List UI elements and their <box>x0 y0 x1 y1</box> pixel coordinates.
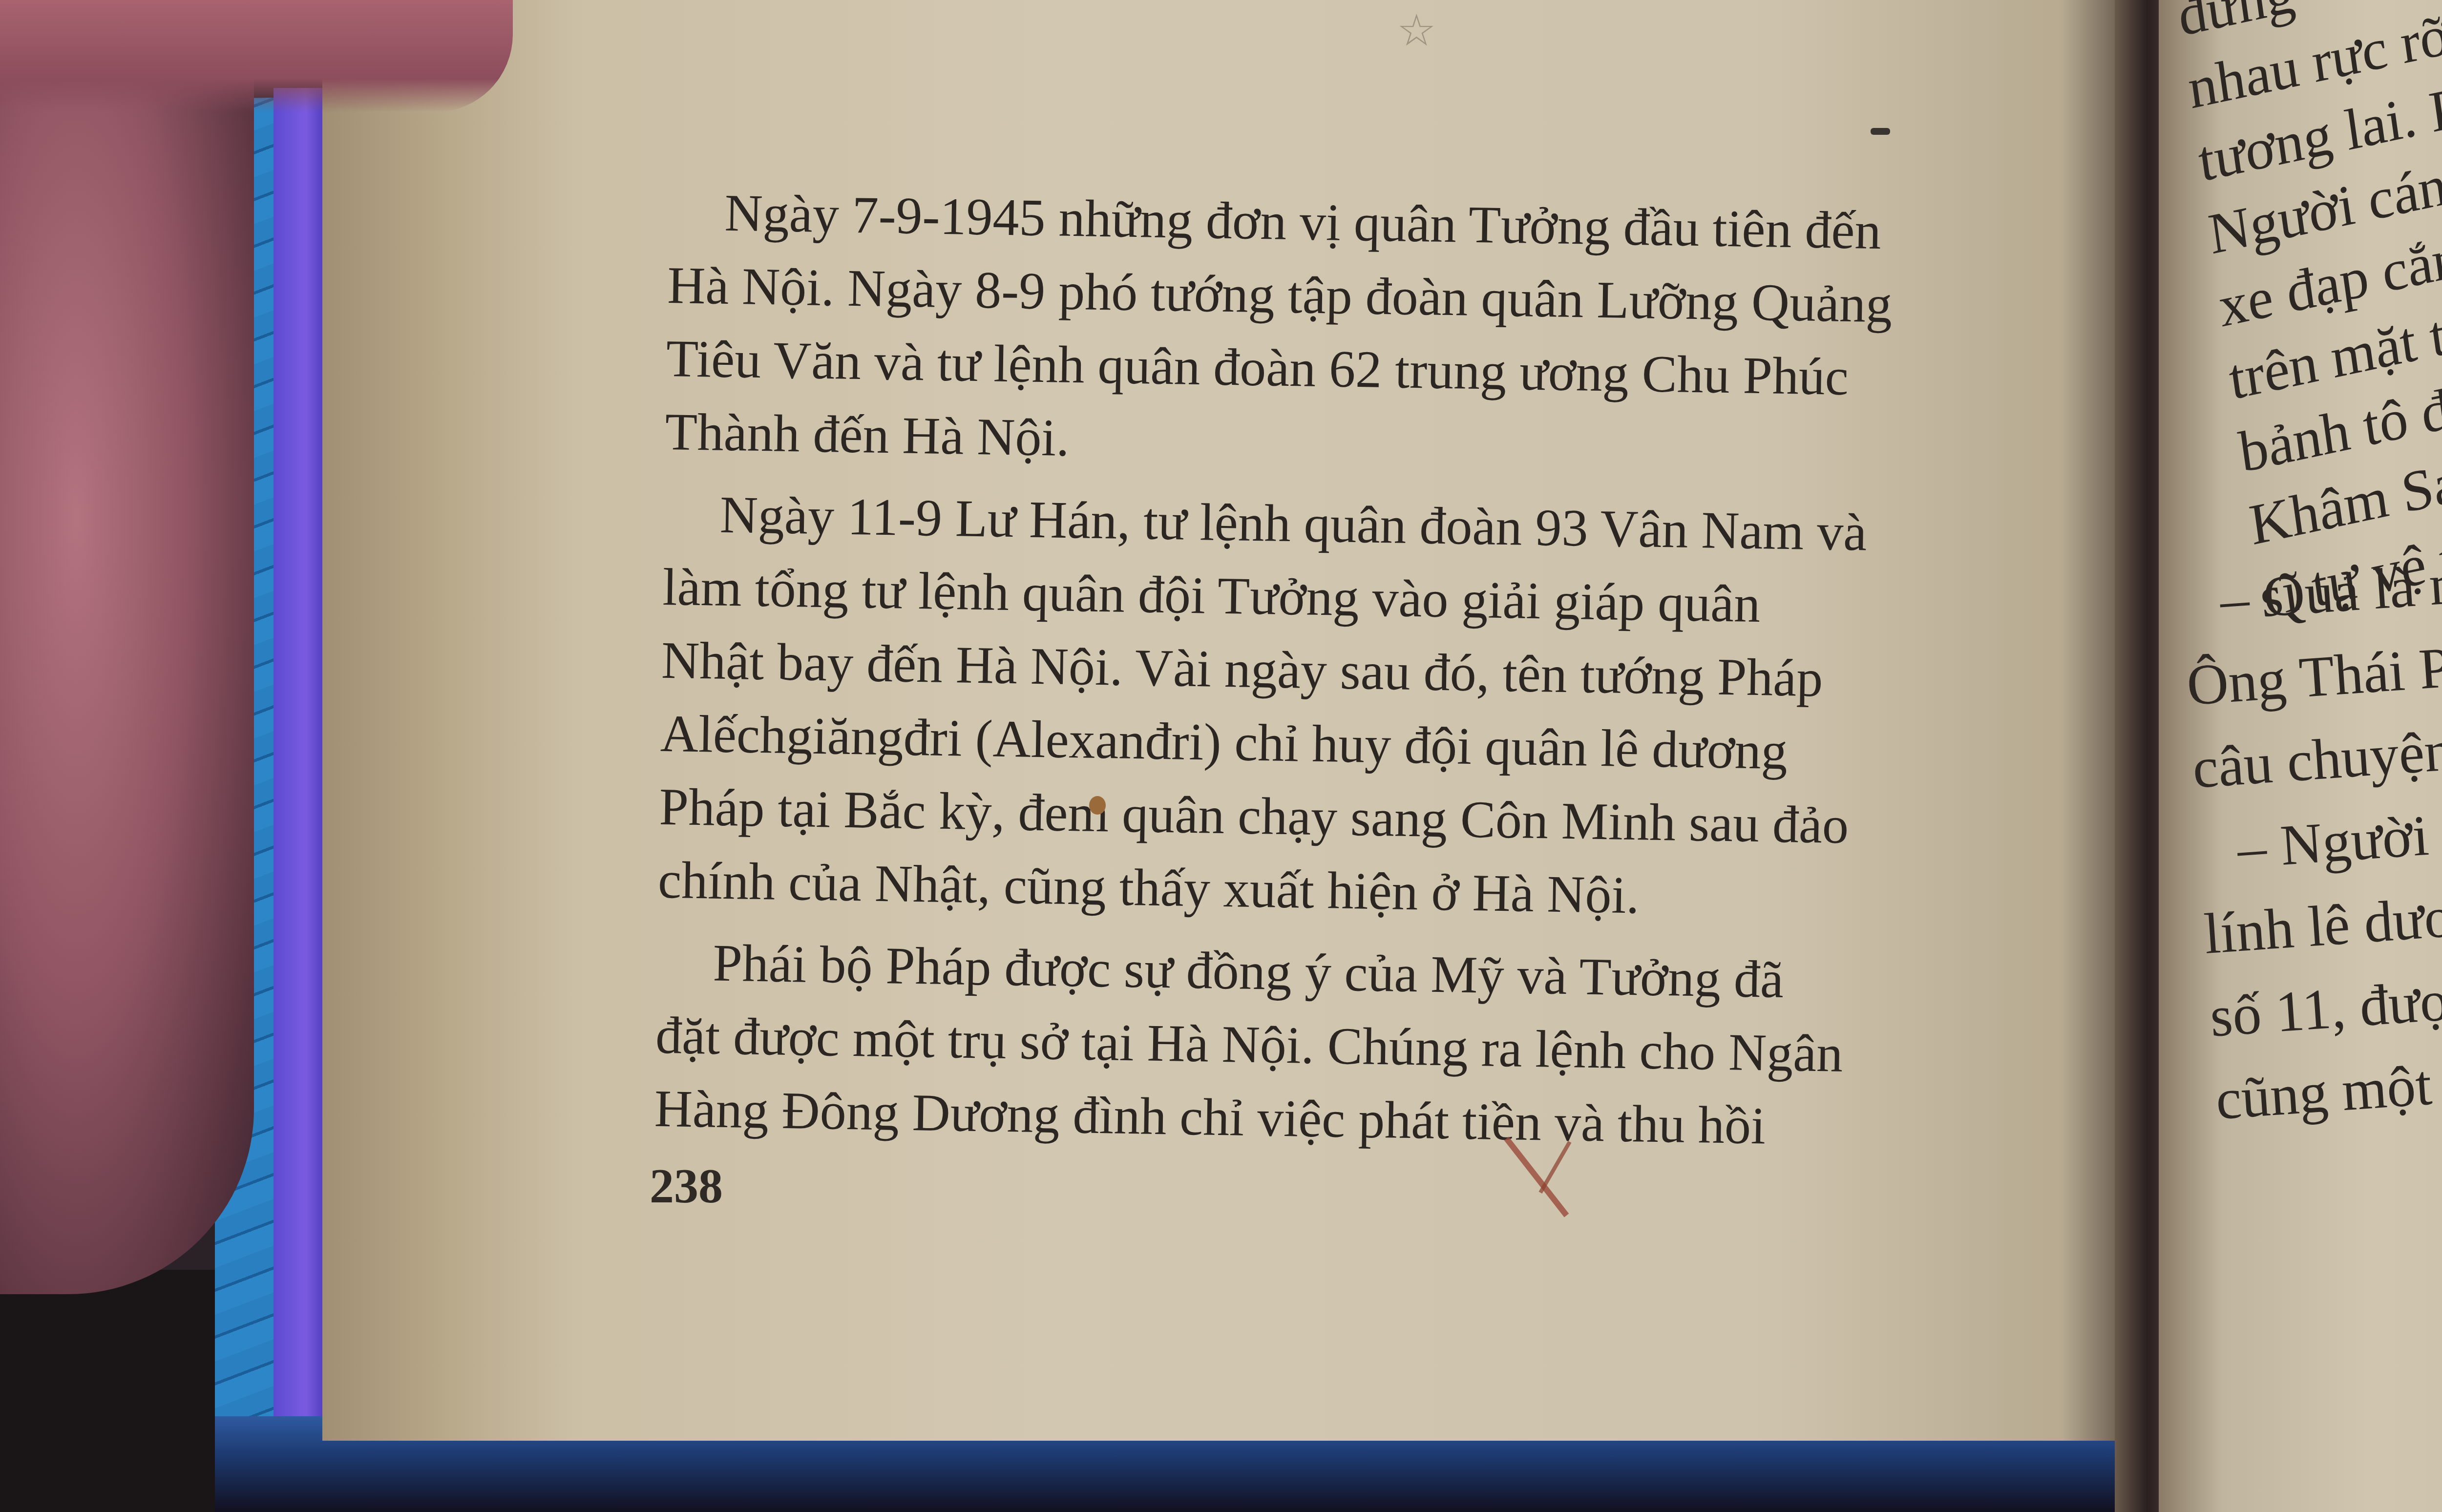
book-photo: ☆ Ngày 7-9-1945 những đơn vị quân Tưởng … <box>0 0 2442 1512</box>
ink-mark <box>1871 128 1890 135</box>
thumb <box>0 0 254 1294</box>
right-page: đứng nhau rực rỡ tương lai. Dáng n Người… <box>2159 0 2442 1512</box>
paper-stain <box>1089 796 1106 815</box>
paragraph-3: Phái bộ Pháp được sự đồng ý của Mỹ và Tư… <box>654 926 2084 1168</box>
paragraph-2: Ngày 11-9 Lư Hán, tư lệnh quân đoàn 93 V… <box>657 478 2090 940</box>
table-surface <box>0 1270 234 1512</box>
star-ornament-icon: ☆ <box>1397 5 1436 56</box>
right-page-lower-text: – Quả là một tà Ông Thái Phong câu chuyệ… <box>2178 517 2442 1141</box>
paragraph-1: Ngày 7-9-1945 những đơn vị quân Tưởng đầ… <box>665 176 2095 491</box>
book-cover-inner-edge <box>274 88 327 1465</box>
page-number: 238 <box>650 1157 723 1214</box>
left-page-text: Ngày 7-9-1945 những đơn vị quân Tưởng đầ… <box>654 176 2095 1177</box>
right-page-upper-text: đứng nhau rực rỡ tương lai. Dáng n Người… <box>2173 0 2442 635</box>
thumb-tip <box>0 0 513 112</box>
